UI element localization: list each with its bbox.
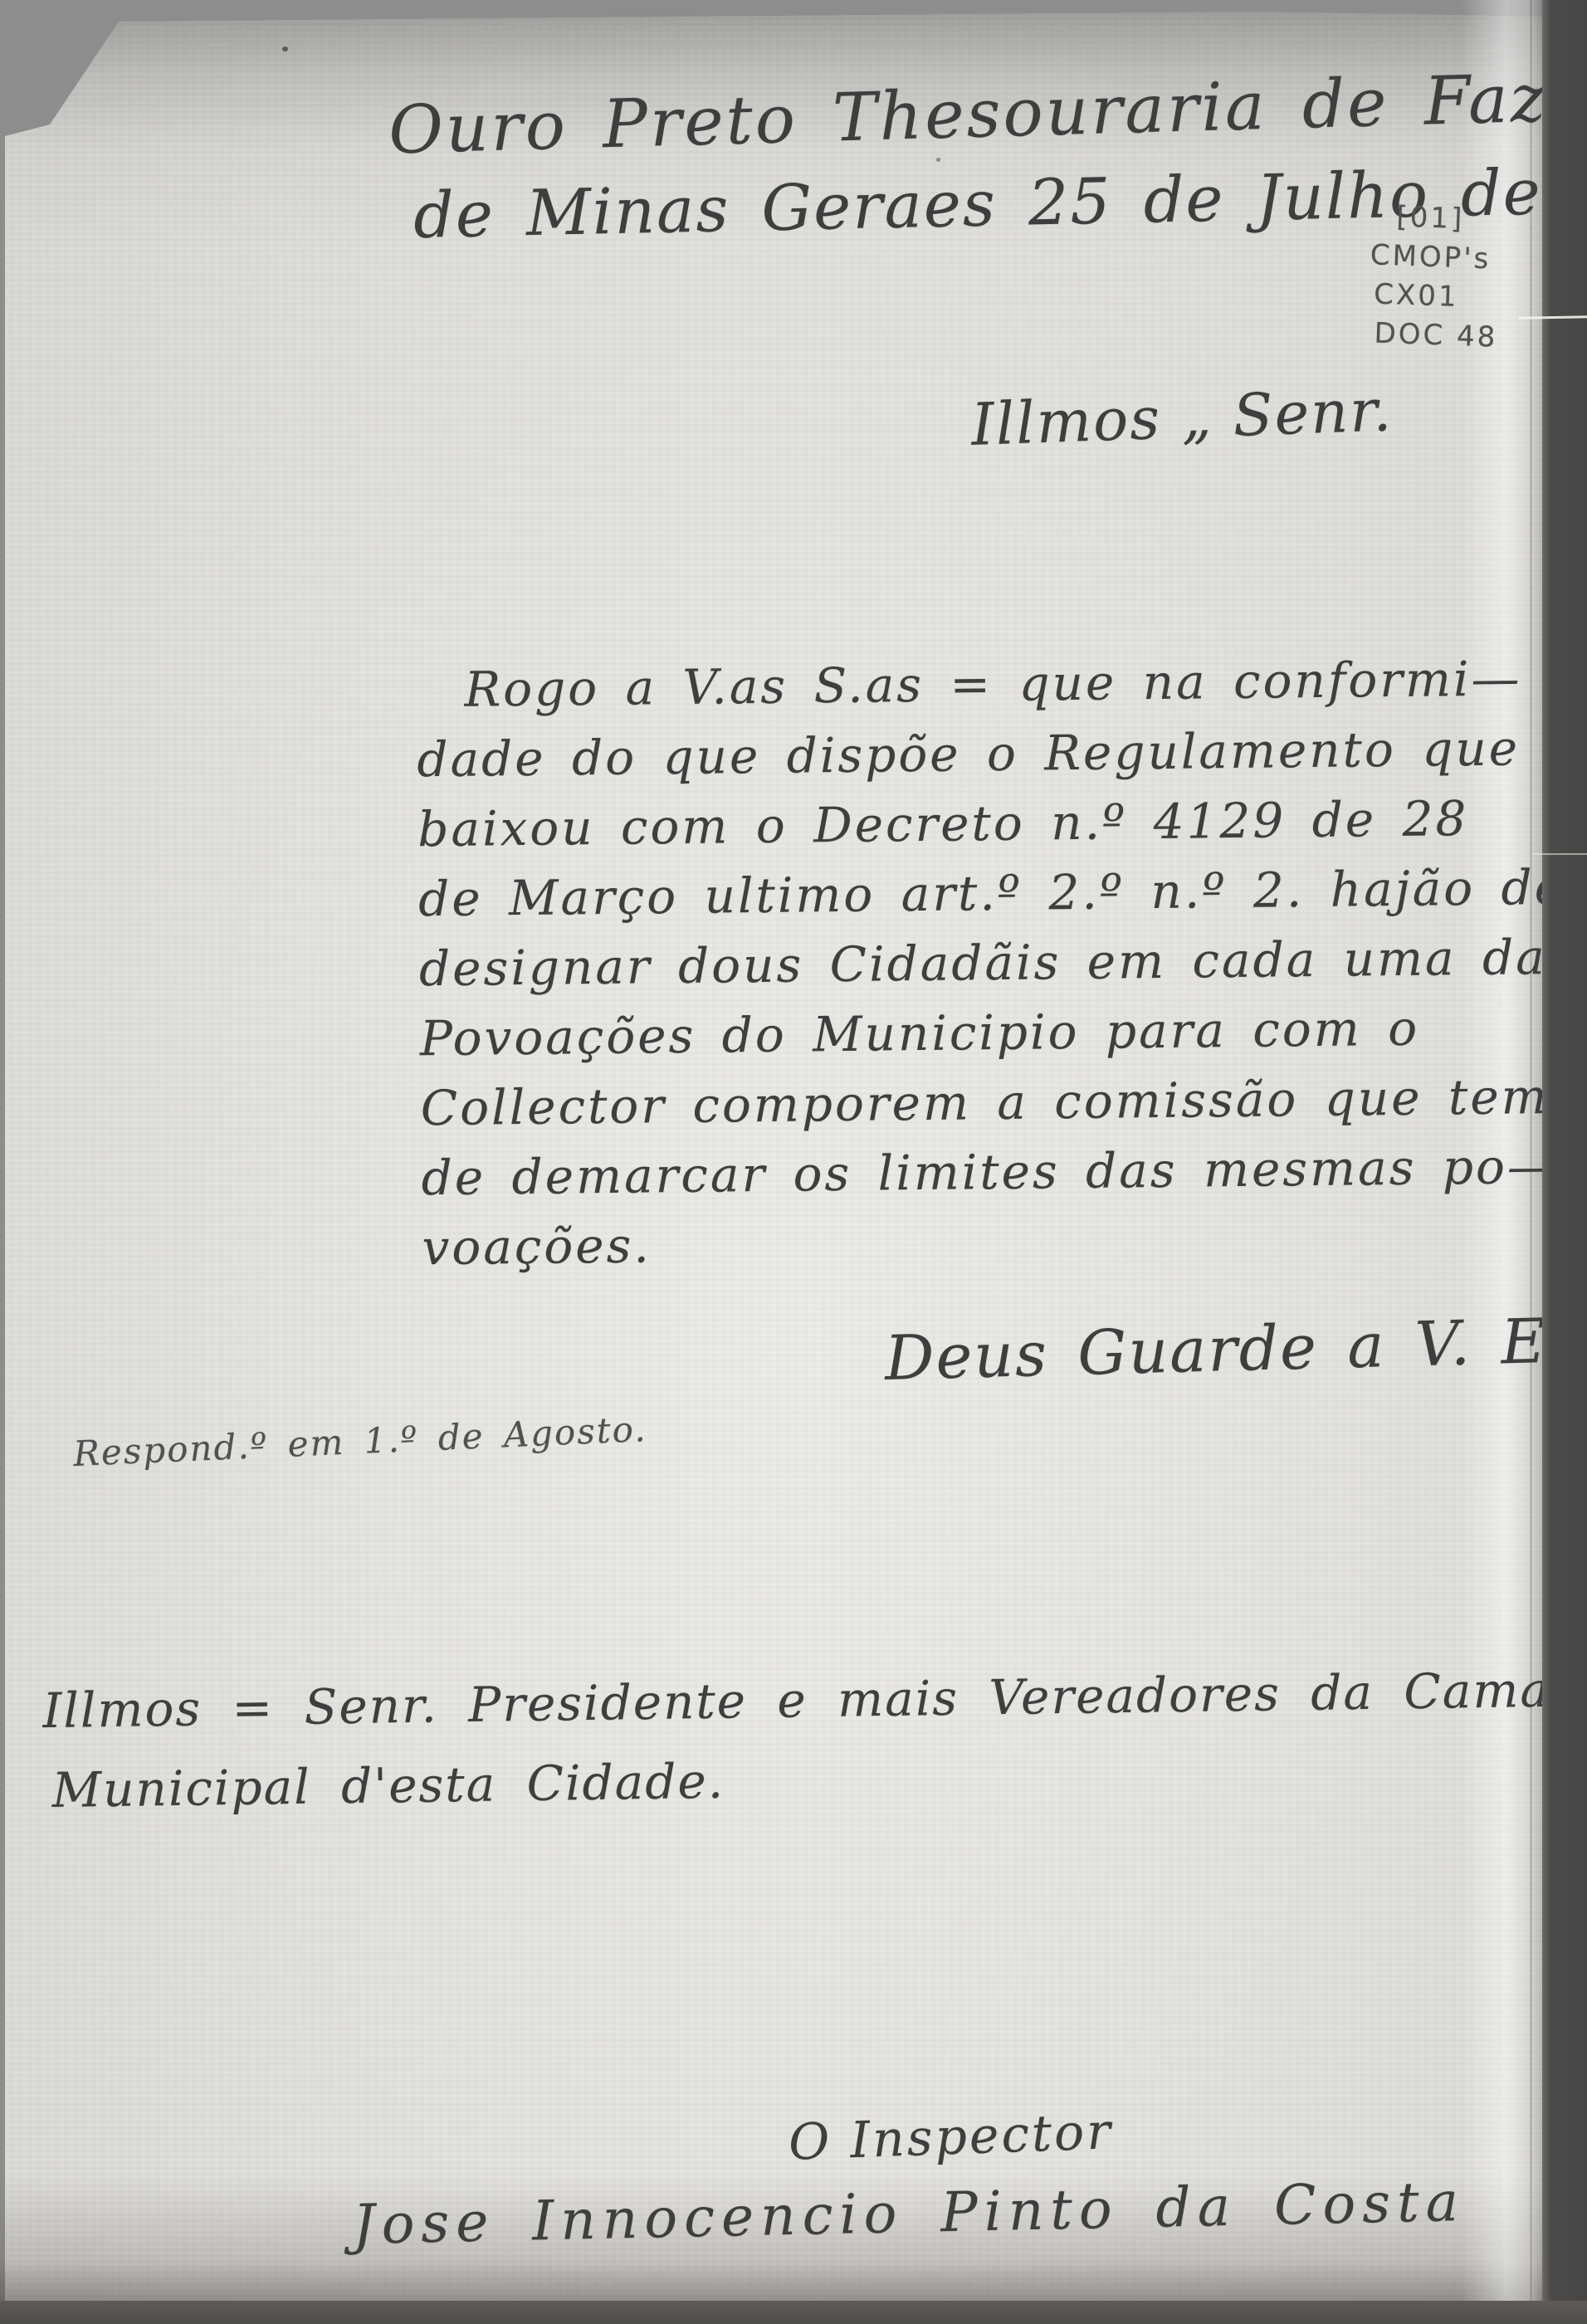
body-line: de Março ultimo art.º 2.º n.º 2. hajão d… (418, 852, 1574, 935)
addressee-block: Illmos = Senr. Presidente e mais Vereado… (42, 1649, 1587, 1830)
dust-speck (282, 46, 288, 51)
archival-stamp-fonds: CMOP's (1370, 236, 1501, 279)
body-line: voações. (422, 1201, 1577, 1283)
signature-role: O Inspector (788, 2102, 1114, 2172)
archival-stamp-number: [01] (1396, 198, 1502, 240)
dust-speck (936, 158, 940, 162)
body-line: Povoações do Municipio para com o (419, 992, 1575, 1074)
body-line: designar dous Cidadãis em cada uma das (419, 922, 1575, 1004)
body-line: dade do que dispõe o Regulamento que (417, 713, 1572, 795)
letter-body: Rogo a V.as S.as = que na conformi— dade… (416, 643, 1577, 1283)
dust-speck (631, 979, 634, 983)
archival-stamp-box: CX01 (1373, 275, 1499, 318)
body-line: baixou com o Decreto n.º 4129 de 28 (418, 783, 1573, 865)
scan-edge-bottom (0, 2301, 1587, 2324)
body-line: de demarcar os limites das mesmas po— (421, 1131, 1576, 1213)
archival-stamp: [01] CMOP's CX01 DOC 48 (1367, 197, 1502, 357)
scan-scratch-line (1532, 853, 1587, 855)
body-line: Rogo a V.as S.as = que na conformi— (416, 643, 1571, 725)
archival-stamp-doc: DOC 48 (1374, 314, 1498, 357)
scan-edge-right (1542, 0, 1587, 2324)
body-line: Collector comporem a comissão que tem (420, 1062, 1575, 1144)
scanned-letter-page: Ouro Preto Thesouraria de Fazenda de Min… (0, 0, 1587, 2324)
